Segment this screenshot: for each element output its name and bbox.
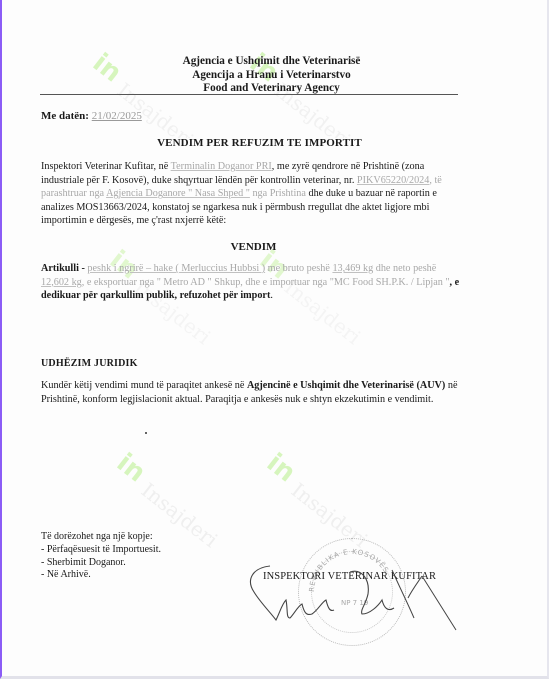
decision-heading: VENDIM	[2, 241, 549, 253]
svg-text:Insajderi: Insajderi	[287, 478, 373, 548]
signature-icon	[242, 560, 462, 650]
agency-name-serbian: Agencija a Hranu i Veterinarstvo	[0, 69, 549, 83]
intro-paragraph: Inspektori Veterinar Kufitar, në Termina…	[41, 160, 461, 228]
delivery-heading: Të dorëzohet nga një kopje:	[41, 531, 161, 544]
delivery-item: - Përfaqësuesit të Importuesit.	[41, 544, 161, 557]
appeal-agency: Agjencinë e Ushqimit dhe Veterinarisë (A…	[247, 380, 445, 391]
date-value: 21/02/2025	[92, 110, 142, 122]
agency-header: Agjencia e Ushqimit dhe Veterinarisë Age…	[2, 55, 549, 96]
svg-text:in: in	[114, 448, 151, 488]
delivery-list: Të dorëzohet nga një kopje: - Përfaqësue…	[41, 531, 161, 582]
product-name: peshk i ngrirë – hake ( Merluccius Hubbs…	[87, 263, 265, 274]
scan-speck	[145, 432, 147, 434]
terminal-name: Terminalin Doganor PRI	[171, 161, 272, 172]
delivery-item: - Sherbimit Doganor.	[41, 557, 161, 570]
net-weight: 12,602 kg	[41, 277, 82, 288]
legal-paragraph: Kundër këtij vendimi mund të paraqitet a…	[41, 379, 461, 406]
svg-text:in: in	[264, 448, 301, 488]
legal-heading: UDHËZIM JURIDIK	[41, 358, 138, 369]
gross-weight: 13,469 kg	[332, 263, 373, 274]
article-label: Artikulli -	[41, 263, 87, 274]
customs-agency: Agjencia Doganore " Nasa Shped "	[106, 188, 250, 199]
header-divider	[40, 94, 458, 95]
article-paragraph: Artikulli - peshk i ngrirë – hake ( Merl…	[41, 262, 461, 303]
date-label: Me datën:	[41, 110, 89, 122]
date-line: Me datën: 21/02/2025	[41, 110, 142, 122]
document-title: VENDIM PER REFUZIM TE IMPORTIT	[2, 137, 549, 149]
agency-name-albanian: Agjencia e Ushqimit dhe Veterinarisë	[0, 55, 549, 69]
insajderi-watermark-icon: in Insajderi	[264, 448, 434, 548]
case-number: PIKV65220/2024	[357, 175, 429, 186]
document-page: in Insajderi in Insajderi in Insajderi i…	[0, 0, 549, 679]
delivery-item: - Në Arhivë.	[41, 569, 161, 582]
